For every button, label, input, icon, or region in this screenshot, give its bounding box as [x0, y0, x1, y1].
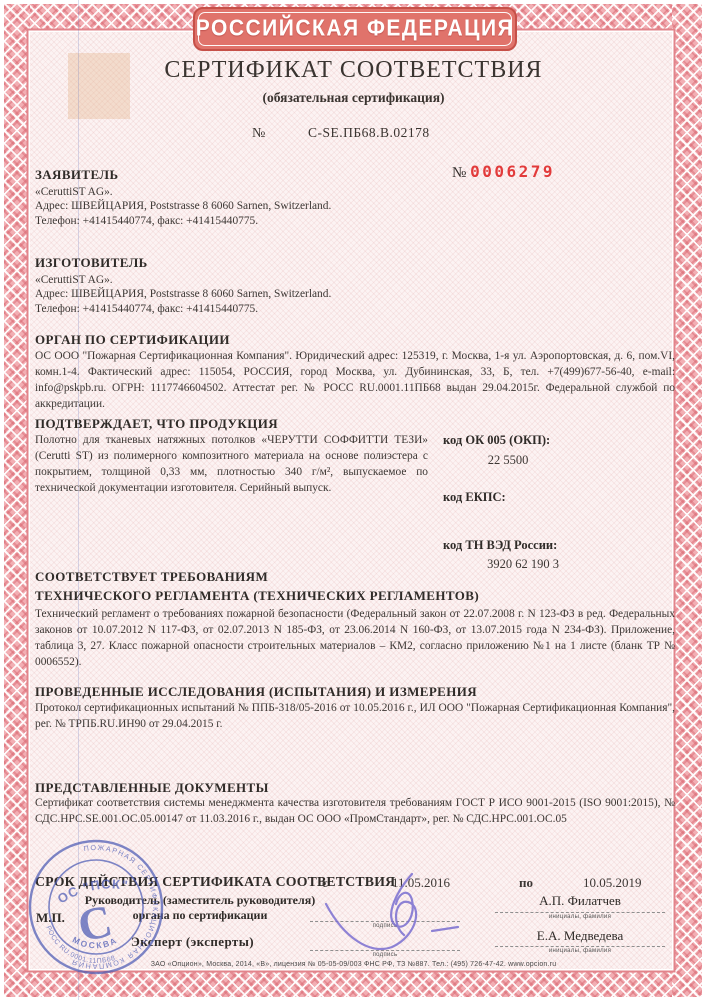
head-name-caption: инициалы, фамилия [495, 914, 665, 920]
product-heading: ПОДТВЕРЖДАЕТ, ЧТО ПРОДУКЦИЯ [35, 416, 278, 432]
product-description: Полотно для тканевых натяжных потолков «… [35, 433, 428, 497]
certificate-number: C-SE.ПБ68.В.02178 [308, 125, 430, 141]
country-banner-text: РОССИЙСКАЯ ФЕДЕРАЦИЯ [196, 16, 514, 42]
manufacturer-phone: Телефон: +41415440774, факс: +4141544077… [35, 302, 675, 316]
manufacturer-details: «CeruttiST AG». Адрес: ШВЕЙЦАРИЯ, Postst… [35, 273, 675, 316]
compliance-text: Технический регламент о требованиях пожа… [35, 607, 675, 671]
handwritten-signatures [300, 862, 480, 967]
country-banner: РОССИЙСКАЯ ФЕДЕРАЦИЯ [193, 7, 517, 51]
printer-imprint: ЗАО «Опцион», Москва, 2014, «В», лицензи… [0, 961, 707, 968]
applicant-phone: Телефон: +41415440774, факс: +4141544077… [35, 214, 675, 228]
expert-signature-dash [432, 927, 458, 931]
certificate-body-background [30, 32, 672, 969]
border-pattern-right [672, 4, 702, 997]
applicant-heading: ЗАЯВИТЕЛЬ [35, 167, 118, 183]
compliance-heading-line2: ТЕХНИЧЕСКОГО РЕГЛАМЕНТА (ТЕХНИЧЕСКИХ РЕГ… [35, 588, 479, 604]
code-ekps-label: код ЕКПС: [443, 490, 506, 505]
code-tnved-value: 3920 62 190 3 [443, 557, 603, 572]
document-subtitle: (обязательная сертификация) [0, 90, 707, 106]
code-tnved-label: код ТН ВЭД России: [443, 538, 557, 553]
blank-number-digits: 0006279 [470, 162, 555, 181]
compliance-heading-line1: СООТВЕТСТВУЕТ ТРЕБОВАНИЯМ [35, 569, 268, 585]
code-okp-label: код ОК 005 (ОКП): [443, 433, 550, 448]
tests-text: Протокол сертификационных испытаний № ПП… [35, 701, 675, 733]
certification-body-stamp: ПОЖАРНАЯ СЕРТИФИКАЦИОННАЯ КОМПАНИЯ ОС "П… [25, 836, 167, 978]
document-title: СЕРТИФИКАТ СООТВЕТСТВИЯ [0, 57, 707, 84]
certification-body-heading: ОРГАН ПО СЕРТИФИКАЦИИ [35, 332, 230, 348]
tests-heading: ПРОВЕДЕННЫЕ ИССЛЕДОВАНИЯ (ИСПЫТАНИЯ) И И… [35, 684, 477, 700]
code-okp-value: 22 5500 [443, 453, 573, 468]
manufacturer-name: «CeruttiST AG». [35, 273, 675, 287]
blank-number-block: № 0006279 [452, 162, 555, 182]
expert-name: Е.А. Медведева [495, 928, 665, 944]
head-name: А.П. Филатчев [495, 893, 665, 909]
head-name-line [495, 912, 665, 913]
documents-heading: ПРЕДСТАВЛЕННЫЕ ДОКУМЕНТЫ [35, 780, 269, 796]
manufacturer-address: Адрес: ШВЕЙЦАРИЯ, Poststrasse 8 6060 Sar… [35, 287, 675, 301]
applicant-name: «CeruttiST AG». [35, 185, 675, 199]
expert-name-caption: инициалы, фамилия [495, 948, 665, 954]
manufacturer-heading: ИЗГОТОВИТЕЛЬ [35, 255, 148, 271]
number-sign: № [252, 126, 265, 142]
blank-number-sign: № [452, 165, 466, 181]
documents-text: Сертификат соответствия системы менеджме… [35, 796, 675, 828]
validity-to-date: 10.05.2019 [583, 875, 642, 891]
expert-name-line [495, 946, 665, 947]
applicant-details: «CeruttiST AG». Адрес: ШВЕЙЦАРИЯ, Postst… [35, 185, 675, 228]
applicant-address: Адрес: ШВЕЙЦАРИЯ, Poststrasse 8 6060 Sar… [35, 199, 675, 213]
validity-to-label: по [519, 875, 533, 891]
certificate-page: РОССИЙСКАЯ ФЕДЕРАЦИЯ СЕРТИФИКАТ СООТВЕТС… [0, 0, 707, 1000]
certification-body-text: ОС ООО "Пожарная Сертификационная Компан… [35, 349, 675, 413]
head-signature-ink [391, 874, 413, 927]
